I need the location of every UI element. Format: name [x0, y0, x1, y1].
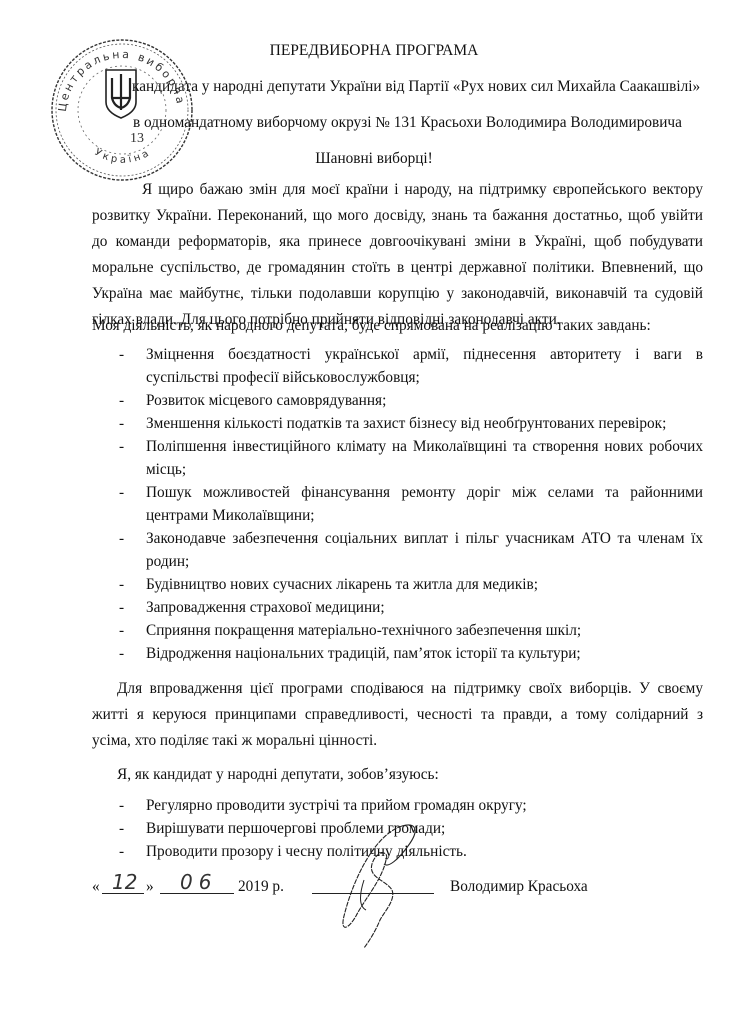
- support-line: житті я керуюся принципами справедливост…: [92, 706, 703, 724]
- bullet-dash: -: [119, 599, 124, 617]
- intro-line: розвитку України. Переконаний, що мого д…: [92, 207, 703, 225]
- support-line: усіма, хто поділяє такі ж моральні цінно…: [92, 732, 703, 750]
- bullet-dash: -: [119, 438, 124, 456]
- commitment-text: Регулярно проводити зустрічі та прийом г…: [146, 797, 527, 815]
- document-title: ПЕРЕДВИБОРНА ПРОГРАМА: [0, 42, 748, 60]
- task-text: Розвиток місцевого самоврядування;: [146, 392, 703, 410]
- task-text-continued: центрами Миколаївщини;: [146, 507, 703, 525]
- date-year: 2019 р.: [238, 878, 284, 896]
- task-text: Будівництво нових сучасних лікарень та ж…: [146, 576, 703, 594]
- date-close-quote: »: [146, 878, 154, 896]
- signer-name: Володимир Красьоха: [450, 878, 588, 896]
- commitments-intro: Я, як кандидат у народні депутати, зобов…: [117, 766, 439, 784]
- intro-line: моральне суспільство, де громадянин стої…: [92, 259, 703, 277]
- intro-line: до команди реформаторів, яка принесе дов…: [92, 233, 703, 251]
- bullet-dash: -: [119, 576, 124, 594]
- bullet-dash: -: [119, 622, 124, 640]
- bullet-dash: -: [119, 645, 124, 663]
- task-text: Законодавче забезпечення соціальних випл…: [146, 530, 703, 548]
- bullet-dash: -: [119, 530, 124, 548]
- svg-text:13: 13: [130, 131, 144, 146]
- task-text-continued: місць;: [146, 461, 703, 479]
- task-text: Зменшення кількості податків та захист б…: [146, 415, 703, 433]
- task-text-continued: суспільстві професії військовослужбовця;: [146, 369, 703, 387]
- task-text: Запровадження страхової медицини;: [146, 599, 703, 617]
- bullet-dash: -: [119, 484, 124, 502]
- task-text: Пошук можливостей фінансування ремонту д…: [146, 484, 703, 502]
- document-subtitle-party: кандидата у народні депутати України від…: [132, 78, 700, 96]
- task-text: Відродження національних традицій, пам’я…: [146, 645, 703, 663]
- bullet-dash: -: [119, 346, 124, 364]
- task-text: Поліпшення інвестиційного клімату на Мик…: [146, 438, 703, 456]
- intro-line: Я щиро бажаю змін для моєї країни і наро…: [142, 181, 703, 199]
- tasks-intro-text: Моя діяльність, як народного депутата, б…: [92, 317, 651, 335]
- bullet-dash: -: [119, 820, 124, 838]
- date-day-handwritten: 12: [112, 870, 137, 894]
- date-month-handwritten: 06: [180, 870, 217, 894]
- greeting: Шановні виборці!: [0, 150, 748, 168]
- signature-icon: [336, 820, 436, 950]
- bullet-dash: -: [119, 392, 124, 410]
- task-text: Сприяння покращення матеріально-технічно…: [146, 622, 703, 640]
- bullet-dash: -: [119, 415, 124, 433]
- date-open-quote: «: [92, 878, 100, 896]
- intro-line: Україна має майбутнє, тільки подолавши к…: [92, 285, 703, 303]
- support-line: Для впровадження цієї програми сподіваюс…: [117, 680, 703, 698]
- task-text: Зміцнення боєздатності української армії…: [146, 346, 703, 364]
- bullet-dash: -: [119, 843, 124, 861]
- bullet-dash: -: [119, 797, 124, 815]
- task-text-continued: родин;: [146, 553, 703, 571]
- document-subtitle-district: в одномандатному виборчому окрузі № 131 …: [133, 114, 682, 132]
